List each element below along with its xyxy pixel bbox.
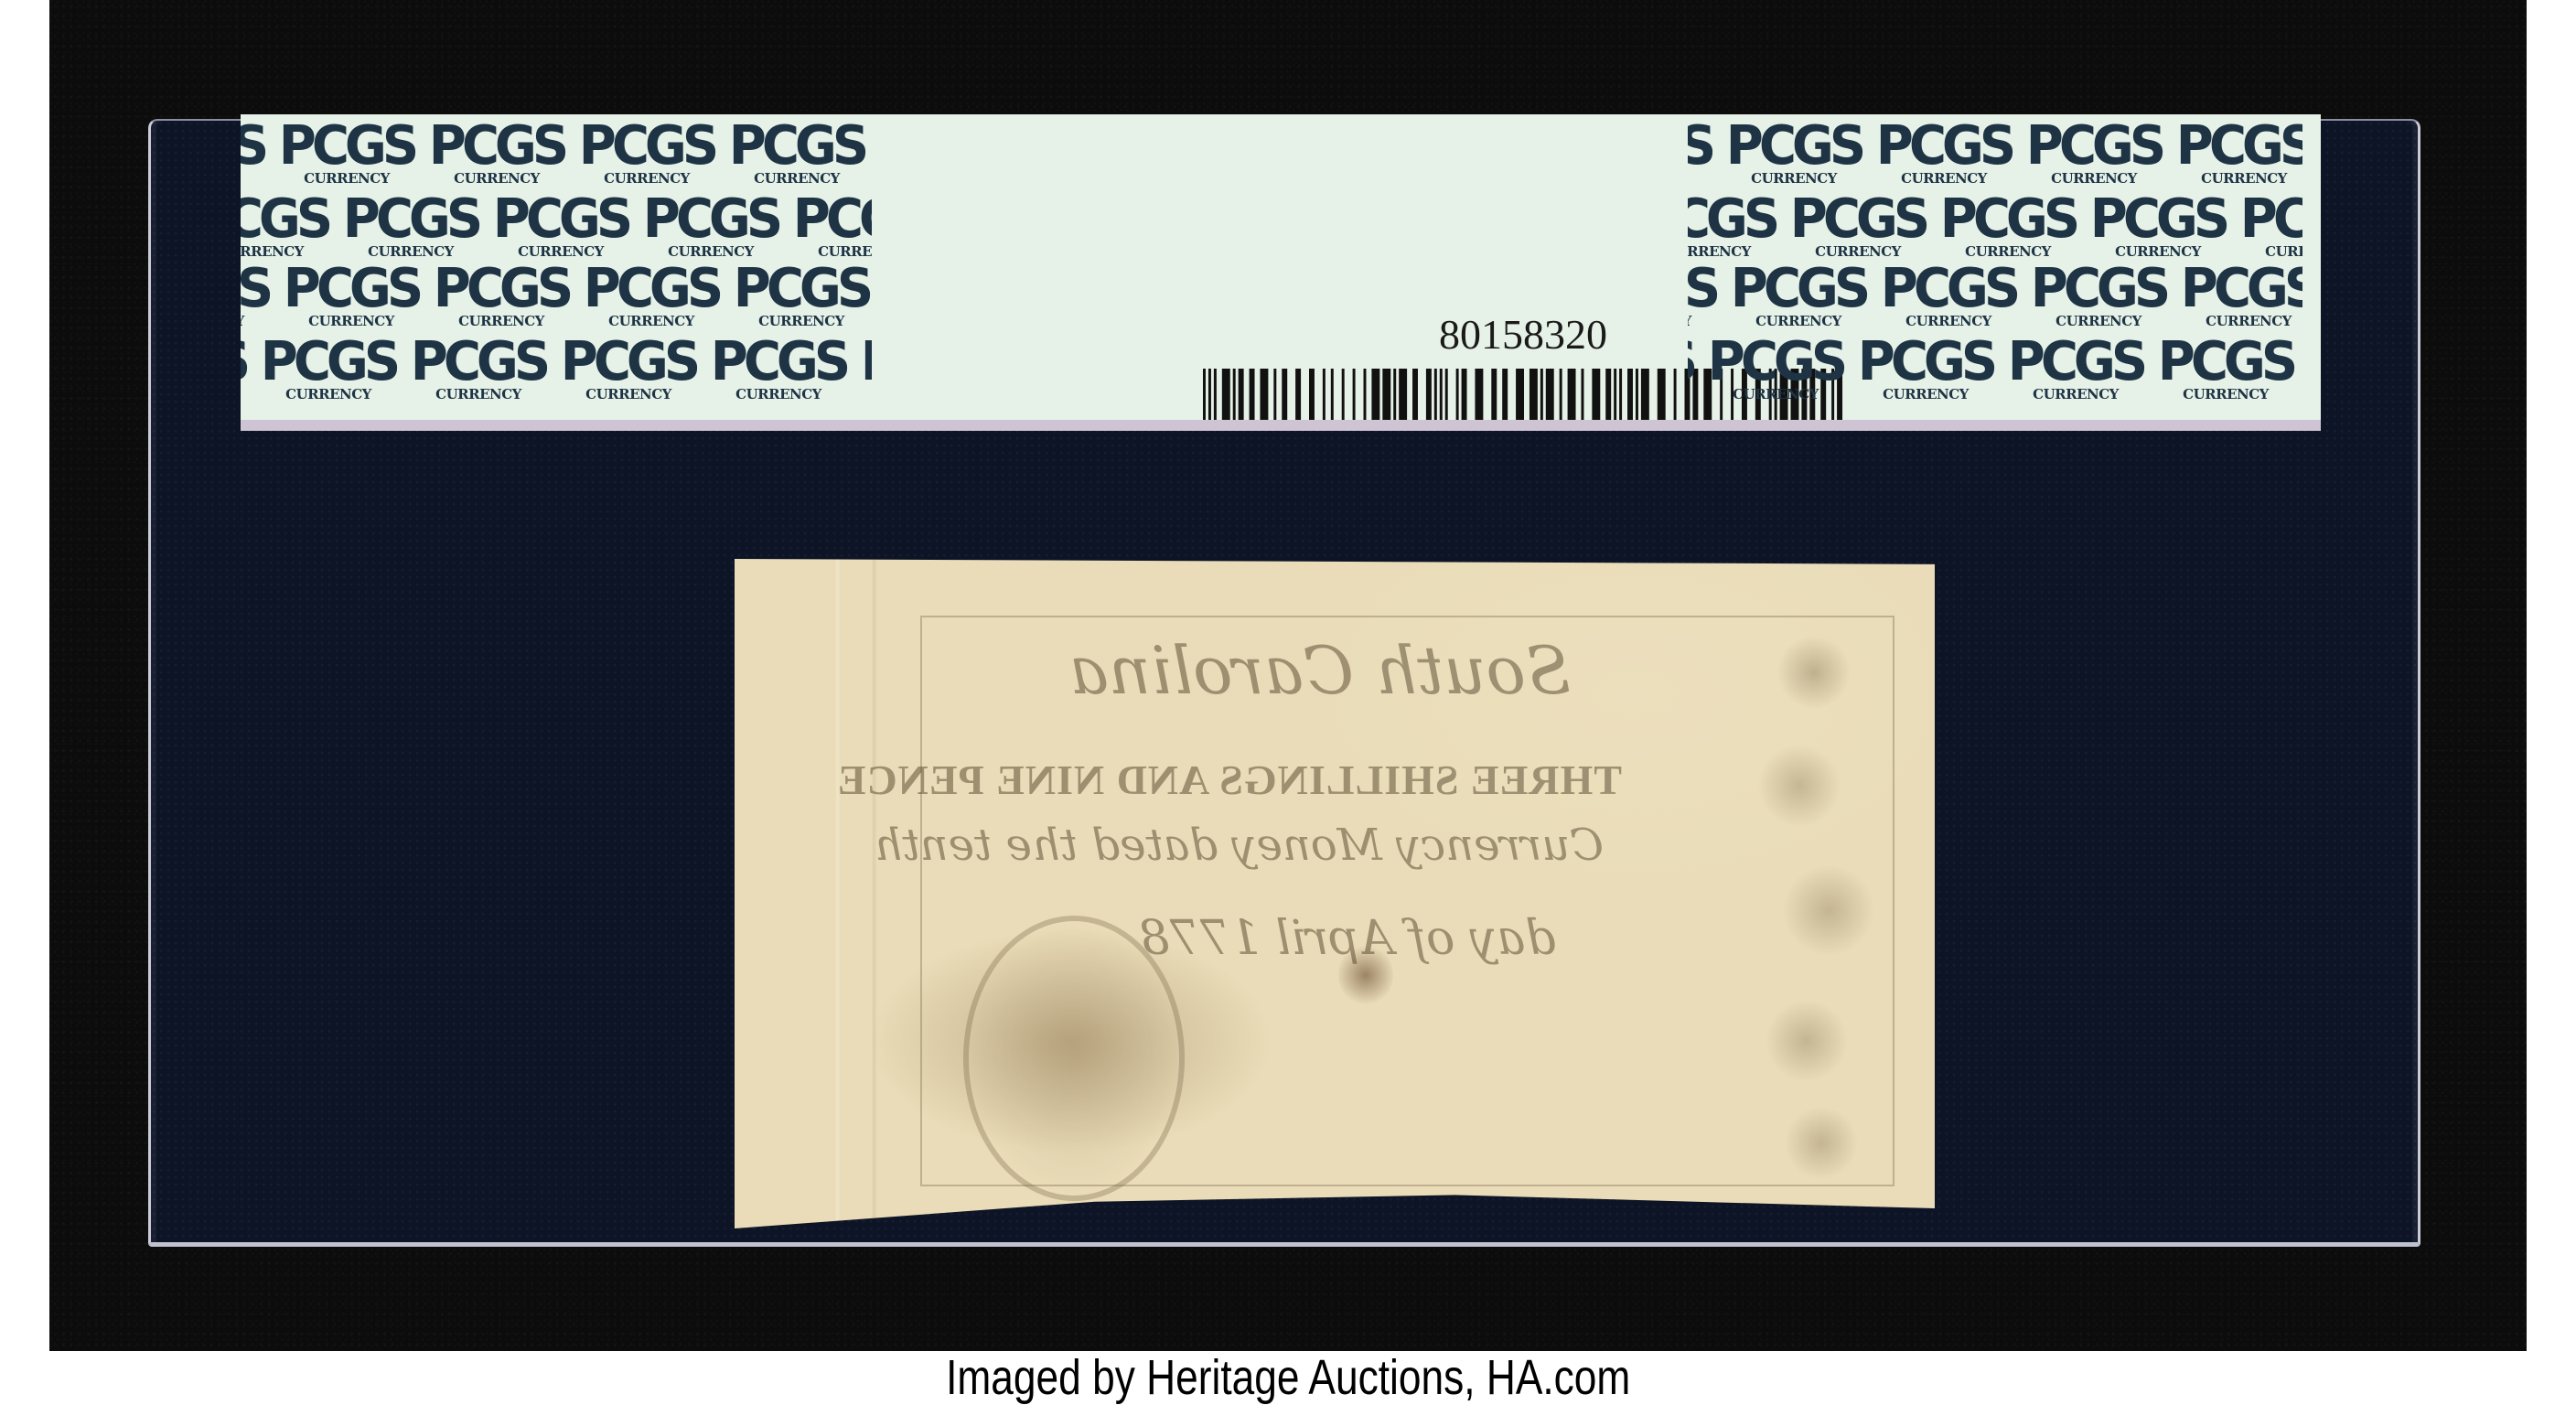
pcgs-currency-logo-icon: PCGSCURRENCY — [786, 195, 872, 259]
pcgs-currency-logo-icon: PCGSCURRENCY — [2083, 195, 2233, 259]
logo-row: PCGSCURRENCYPCGSCURRENCYPCGSCURRENCYPCGS… — [241, 195, 872, 259]
pcgs-currency-logo-icon: PCGSCURRENCY — [2151, 338, 2301, 402]
image-credit-caption: Imaged by Heritage Auctions, HA.com — [0, 1351, 2576, 1405]
pcgs-currency-logo-icon: PCGSCURRENCY — [2001, 338, 2151, 402]
pcgs-currency-logo-icon: PCGSCURRENCY — [486, 195, 636, 259]
pcgs-currency-logo-icon: PCGSCURRENCY — [2023, 264, 2173, 328]
pcgs-currency-logo-icon: PCGSCURRENCY — [272, 122, 422, 186]
logo-row: PCGSCURRENCYPCGSCURRENCYPCGSCURRENCYPCGS… — [1688, 264, 2302, 328]
pcgs-currency-logo-icon: PCGSCURRENCY — [703, 338, 853, 402]
logo-row: PCGSCURRENCYPCGSCURRENCYPCGSCURRENCYPCGS… — [241, 122, 872, 186]
pcgs-currency-logo-icon: PCGSCURRENCY — [576, 264, 726, 328]
banknote: South Carolina THREE SHILLINGS AND NINE … — [735, 559, 1935, 1228]
note-denomination: THREE SHILLINGS AND NINE PENCE — [1027, 756, 1622, 804]
pcgs-currency-logo-icon: PCGSCURRENCY — [2301, 338, 2302, 402]
pcgs-currency-logo-icon: PCGSCURRENCY — [2173, 264, 2302, 328]
pcgs-currency-logo-icon: PCGSCURRENCY — [2233, 195, 2302, 259]
pcgs-label: PCGSCURRENCYPCGSCURRENCYPCGSCURRENCYPCGS… — [241, 114, 2321, 431]
pcgs-currency-logo-icon: PCGSCURRENCY — [241, 264, 276, 328]
logo-row: PCGSCURRENCYPCGSCURRENCYPCGSCURRENCYPCGS… — [1688, 338, 2302, 402]
pcgs-currency-logo-icon: PCGSCURRENCY — [241, 122, 272, 186]
pcgs-currency-logo-icon: PCGSCURRENCY — [422, 122, 572, 186]
logo-row: PCGSCURRENCYPCGSCURRENCYPCGSCURRENCYPCGS… — [241, 338, 872, 402]
caption-text: Imaged by Heritage Auctions, HA.com — [946, 1351, 1630, 1405]
pcgs-currency-logo-icon: PCGSCURRENCY — [241, 195, 336, 259]
pcgs-currency-logo-icon: PCGSCURRENCY — [241, 338, 253, 402]
pcgs-currency-logo-icon: PCGSCURRENCY — [426, 264, 576, 328]
logo-row: PCGSCURRENCYPCGSCURRENCYPCGSCURRENCYPCGS… — [241, 264, 872, 328]
pcgs-currency-logo-icon: PCGSCURRENCY — [1688, 338, 1701, 402]
pcgs-currency-logo-icon: PCGSCURRENCY — [2019, 122, 2169, 186]
pcgs-currency-logo-icon: PCGSCURRENCY — [1688, 122, 1719, 186]
pcgs-currency-logo-icon: PCGSCURRENCY — [403, 338, 553, 402]
pcgs-currency-logo-icon: PCGSCURRENCY — [1851, 338, 2001, 402]
pcgs-currency-logo-icon: PCGSCURRENCY — [1701, 338, 1851, 402]
pcgs-currency-logo-icon: PCGSCURRENCY — [1723, 264, 1873, 328]
pcgs-currency-logo-icon: PCGSCURRENCY — [1719, 122, 1869, 186]
note-title: South Carolina — [1036, 632, 1604, 709]
serial-number: 80158320 — [1439, 310, 1607, 359]
note-ink-stain — [1338, 943, 1393, 1007]
logo-row: PCGSCURRENCYPCGSCURRENCYPCGSCURRENCYPCGS… — [1688, 122, 2302, 186]
pcgs-currency-logo-icon: PCGSCURRENCY — [853, 338, 872, 402]
pcgs-currency-logo-icon: PCGSCURRENCY — [553, 338, 703, 402]
pcgs-logo-pattern-left: PCGSCURRENCYPCGSCURRENCYPCGSCURRENCYPCGS… — [241, 114, 872, 420]
pcgs-currency-logo-icon: PCGSCURRENCY — [636, 195, 786, 259]
pcgs-currency-logo-icon: PCGSCURRENCY — [726, 264, 872, 328]
note-text-line-1: Currency Money dated the tenth — [1036, 820, 1604, 871]
pcgs-currency-logo-icon: PCGSCURRENCY — [1873, 264, 2023, 328]
pcgs-currency-logo-icon: PCGSCURRENCY — [1688, 264, 1723, 328]
pcgs-currency-logo-icon: PCGSCURRENCY — [1869, 122, 2019, 186]
pcgs-currency-logo-icon: PCGSCURRENCY — [2169, 122, 2302, 186]
note-ornamental-border — [1741, 616, 1887, 1183]
pcgs-currency-logo-icon: PCGSCURRENCY — [722, 122, 872, 186]
logo-row: PCGSCURRENCYPCGSCURRENCYPCGSCURRENCYPCGS… — [1688, 195, 2302, 259]
pcgs-currency-logo-icon: PCGSCURRENCY — [336, 195, 486, 259]
pcgs-currency-logo-icon: PCGSCURRENCY — [253, 338, 403, 402]
pcgs-currency-logo-icon: PCGSCURRENCY — [276, 264, 426, 328]
pcgs-currency-logo-icon: PCGSCURRENCY — [572, 122, 722, 186]
pcgs-currency-logo-icon: PCGSCURRENCY — [1688, 195, 1783, 259]
pcgs-logo-pattern-right: PCGSCURRENCYPCGSCURRENCYPCGSCURRENCYPCGS… — [1688, 114, 2302, 420]
pcgs-currency-logo-icon: PCGSCURRENCY — [1783, 195, 1933, 259]
pcgs-currency-logo-icon: PCGSCURRENCY — [1933, 195, 2083, 259]
